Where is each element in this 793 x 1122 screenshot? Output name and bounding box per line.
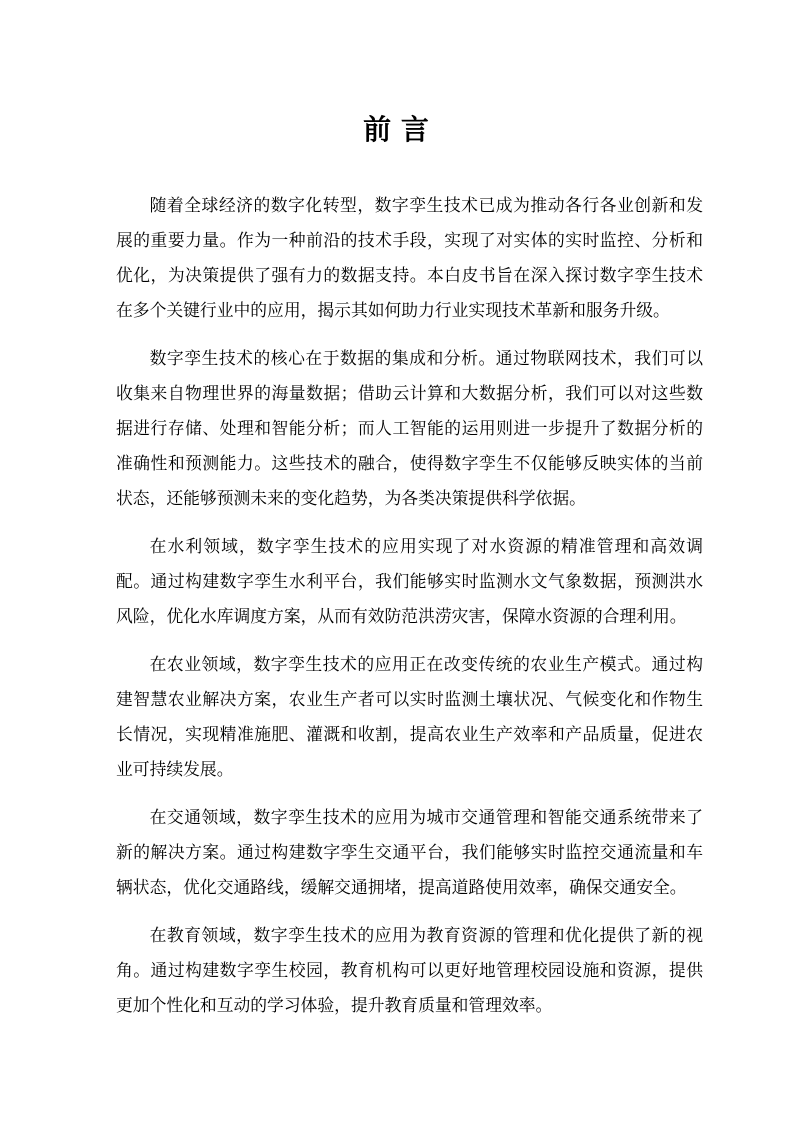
paragraph-data-core: 数字孪生技术的核心在于数据的集成和分析。通过物联网技术，我们可以收集来自物理世界… [116,341,703,516]
paragraph-intro: 随着全球经济的数字化转型，数字孪生技术已成为推动各行各业创新和发展的重要力量。作… [116,188,703,328]
page-title: 前 言 [0,110,793,150]
document-page: 前 言 随着全球经济的数字化转型，数字孪生技术已成为推动各行各业创新和发展的重要… [0,0,793,1122]
paragraph-education-domain: 在教育领域，数字孪生技术的应用为教育资源的管理和优化提供了新的视角。通过构建数字… [116,918,703,1023]
paragraph-water-domain: 在水利领域，数字孪生技术的应用实现了对水资源的精准管理和高效调配。通过构建数字孪… [116,529,703,634]
paragraph-agriculture-domain: 在农业领域，数字孪生技术的应用正在改变传统的农业生产模式。通过构建智慧农业解决方… [116,647,703,787]
paragraph-traffic-domain: 在交通领域，数字孪生技术的应用为城市交通管理和智能交通系统带来了新的解决方案。通… [116,800,703,905]
